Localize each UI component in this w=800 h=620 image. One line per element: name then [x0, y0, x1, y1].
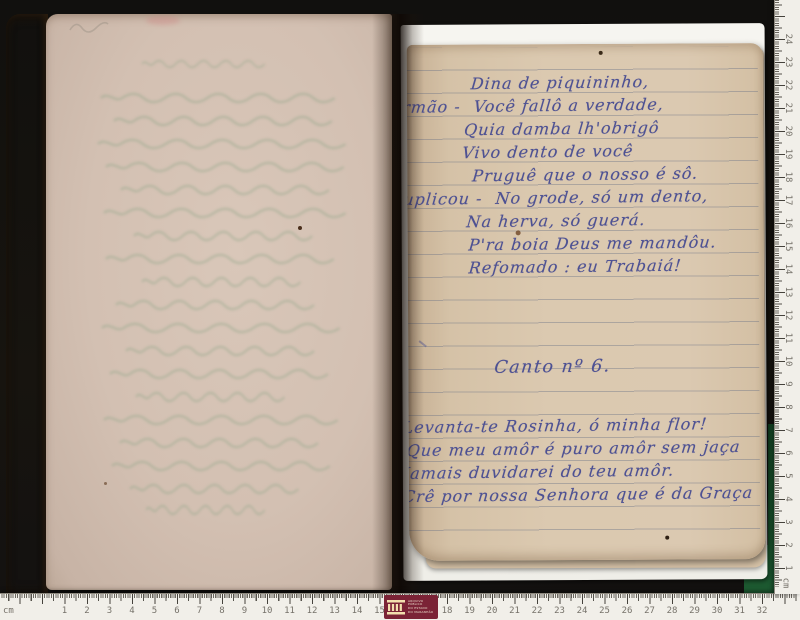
ruler-unit: cm [3, 606, 14, 616]
handwritten-line: Pruguê que o nosso é sô. [471, 164, 699, 187]
archive-logo-text: ARQUIVO PÚBLICO DO ESTADO DO MARANHÃO [408, 600, 433, 614]
ruler-label: 8 [783, 399, 793, 415]
handwritten-line: P'ra boia Deus me mandôu. [468, 232, 718, 255]
ruler-label: 13 [783, 284, 793, 300]
ruler-label: 16 [783, 215, 793, 231]
ink-speck [665, 536, 669, 540]
ruler-label: 22 [528, 606, 546, 616]
handwritten-line: Que meu amôr é puro amôr sem jaça [407, 437, 742, 461]
ink-speck [516, 230, 521, 235]
handwritten-line: Irmão -Você fallô a verdade, [407, 95, 665, 118]
archive-building-icon [386, 598, 406, 616]
ruler-label: 12 [303, 606, 321, 616]
ruler-label: 17 [783, 192, 793, 208]
ruler-label: 1 [783, 560, 793, 576]
ruler-label: 23 [551, 606, 569, 616]
handwritten-line: Crê por nossa Senhora que é da Graça [407, 483, 754, 507]
pencil-mark [68, 18, 128, 38]
ruler-label: 20 [483, 606, 501, 616]
handwritten-line: Levanta-te Rosinha, ó minha flor! [407, 414, 709, 438]
ruler-label: 11 [281, 606, 299, 616]
ruler-label: 21 [506, 606, 524, 616]
ruler-unit: cm [780, 578, 790, 589]
ruler-label: 4 [123, 606, 141, 616]
bleedthrough-text [46, 14, 392, 590]
ruler-label: 24 [783, 31, 793, 47]
ruler-label: 24 [573, 606, 591, 616]
handwritten-line: Quia damba lh'obrigô [463, 118, 660, 140]
logo-line: DO MARANHÃO [408, 611, 433, 615]
ruler-label: 21 [783, 100, 793, 116]
lyric-text: No grode, só um dento, [495, 186, 710, 208]
scan-stage: Dina de piquininho, Irmão -Você fallô a … [0, 0, 800, 620]
ruler-label: 15 [783, 238, 793, 254]
ruler-label: 1 [56, 606, 74, 616]
handwritten-line: Dina de piquininho, [470, 72, 650, 94]
margin-word: Irmão - [407, 97, 462, 118]
handwritten-line: Suplicou -No grode, só um dento, [407, 186, 710, 210]
ruler-label: 32 [753, 606, 771, 616]
ruler-label: 2 [78, 606, 96, 616]
ruler-label: 9 [236, 606, 254, 616]
ruler-label: 9 [783, 376, 793, 392]
ruler-label: 7 [191, 606, 209, 616]
ruler-label: 11 [783, 330, 793, 346]
right-page: Dina de piquininho, Irmão -Você fallô a … [407, 43, 766, 561]
left-page [46, 14, 392, 590]
ruler-label: 6 [783, 445, 793, 461]
ruler-label: 10 [258, 606, 276, 616]
ruler-label: 26 [618, 606, 636, 616]
ruler-label: 29 [686, 606, 704, 616]
ruler-label: 27 [641, 606, 659, 616]
ruler-label: 8 [213, 606, 231, 616]
ink-speck [298, 226, 302, 230]
book-page-stack-edges [6, 14, 48, 600]
stray-mark [419, 340, 427, 347]
song-heading: Canto nº 6. [493, 356, 611, 377]
ruler-label: 7 [783, 422, 793, 438]
ruler-label: 12 [783, 307, 793, 323]
handwritten-line: Na herva, só guerá. [466, 210, 647, 232]
right-ruler: cm 1234567891011121314151617181920212223… [774, 0, 800, 594]
ruler-label: 23 [783, 54, 793, 70]
archive-logo: ARQUIVO PÚBLICO DO ESTADO DO MARANHÃO [384, 595, 438, 619]
ruler-label: 5 [146, 606, 164, 616]
ruler-label: 5 [783, 468, 793, 484]
ink-speck [104, 482, 107, 485]
ruler-label: 19 [783, 146, 793, 162]
ruler-label: 4 [783, 491, 793, 507]
ruler-label: 18 [438, 606, 456, 616]
handwritten-line: Vivo dento de você [461, 141, 634, 163]
ruler-label: 31 [731, 606, 749, 616]
lyric-text: Você fallô a verdade, [473, 95, 665, 116]
ruler-label: 3 [101, 606, 119, 616]
ruler-label: 10 [783, 353, 793, 369]
ruler-label: 3 [783, 514, 793, 530]
ruler-label: 2 [783, 537, 793, 553]
bottom-ruler: cm 1234567891011121314151617181920212223… [0, 593, 800, 620]
margin-word: Suplicou - [407, 189, 484, 210]
handwritten-line: Refomado : eu Trabaiá! [468, 256, 683, 279]
ruler-label: 25 [596, 606, 614, 616]
handwritten-line: Jamais duvidarei do teu amôr. [407, 461, 676, 484]
ruler-label: 20 [783, 123, 793, 139]
ruler-label: 13 [326, 606, 344, 616]
ruler-label: 30 [708, 606, 726, 616]
ruler-label: 19 [461, 606, 479, 616]
ruler-label: 14 [783, 261, 793, 277]
ruler-label: 14 [348, 606, 366, 616]
ruler-label: 22 [783, 77, 793, 93]
ruler-label: 18 [783, 169, 793, 185]
ruler-label: 6 [168, 606, 186, 616]
red-smudge [146, 16, 180, 25]
ruler-label: 28 [663, 606, 681, 616]
ink-speck [599, 51, 603, 55]
